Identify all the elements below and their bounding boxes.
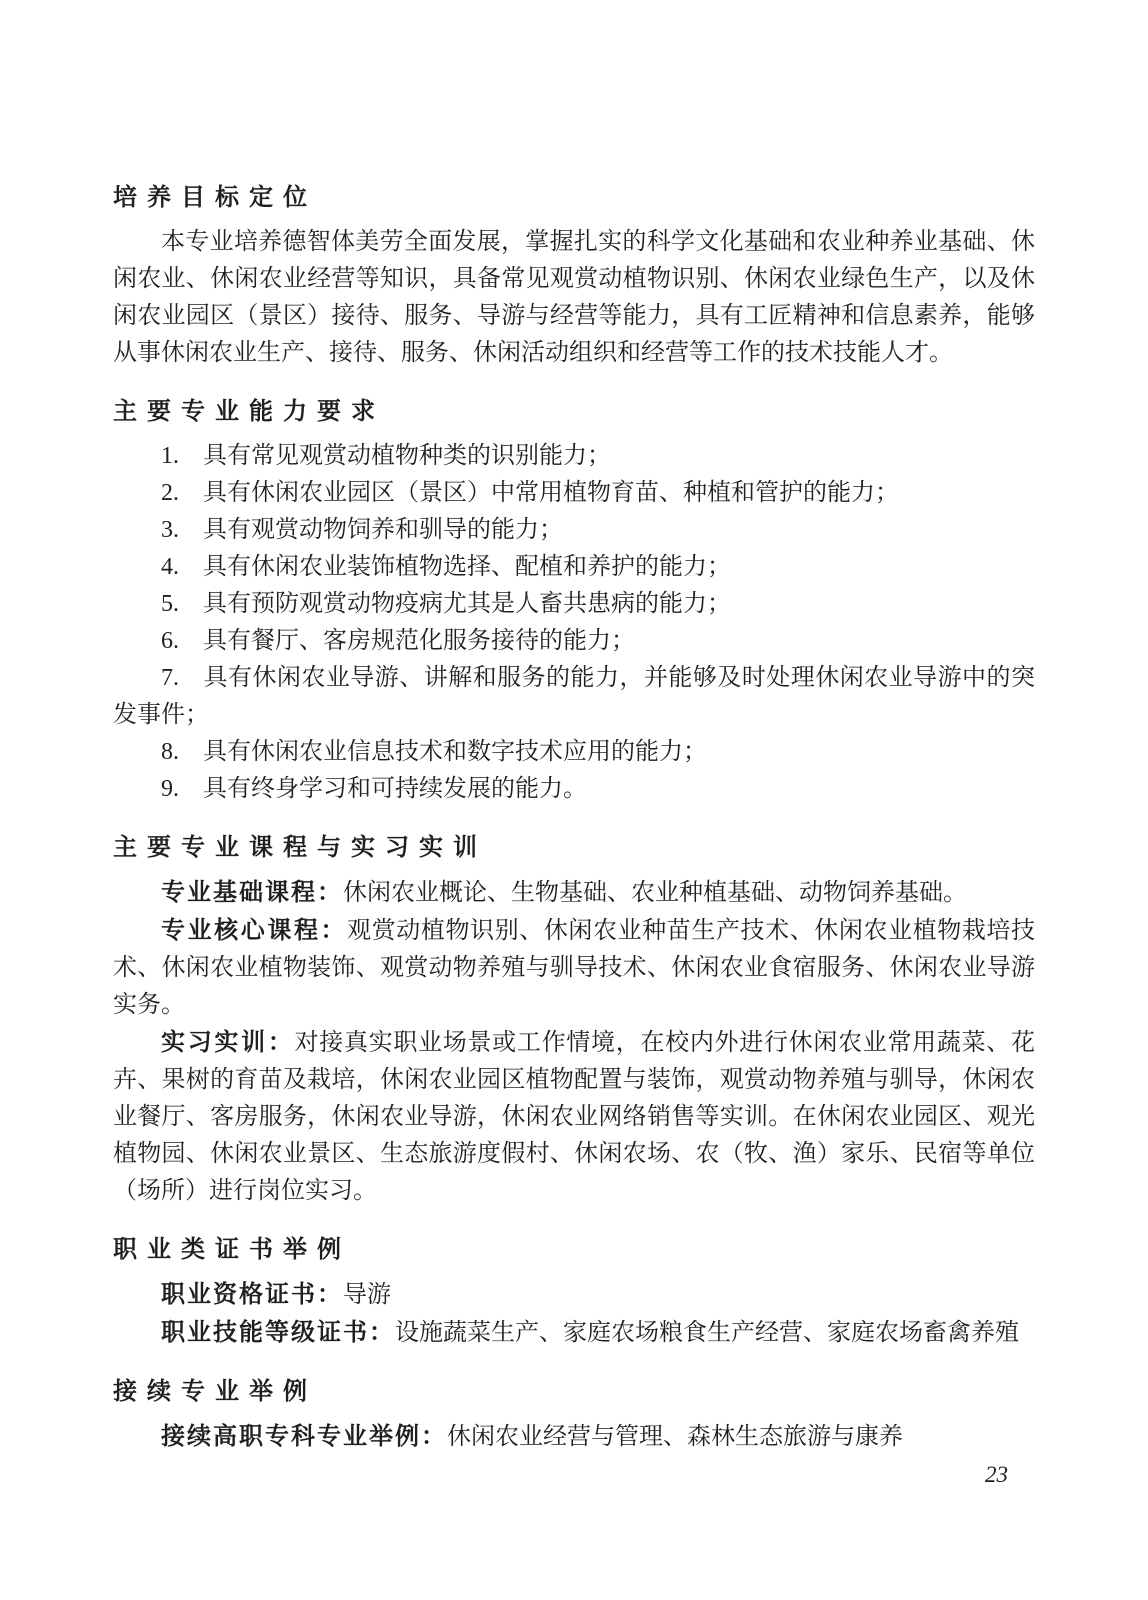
list-item-text: 具有预防观赏动物疫病尤其是人畜共患病的能力； (203, 591, 731, 617)
qualification-certificate-paragraph: 职业资格证书：导游 (113, 1276, 1035, 1314)
skill-level-certificate-paragraph: 职业技能等级证书：设施蔬菜生产、家庭农场粮食生产经营、家庭农场畜禽养殖 (113, 1314, 1035, 1352)
list-item-number: 9. (161, 776, 179, 802)
ability-list-item: 6.具有餐厅、客房规范化服务接待的能力； (113, 623, 1035, 660)
ability-list-item: 5.具有预防观赏动物疫病尤其是人畜共患病的能力； (113, 586, 1035, 623)
paragraph-label: 实习实训： (161, 1029, 295, 1056)
list-item-number: 6. (161, 628, 179, 654)
paragraph-label: 专业核心课程： (161, 917, 347, 944)
list-item-number: 2. (161, 480, 179, 506)
paragraph-label: 职业技能等级证书： (161, 1319, 395, 1346)
section-heading-further-study: 接续专业举例 (113, 1373, 1035, 1410)
section-heading-courses-training: 主要专业课程与实习实训 (113, 829, 1035, 866)
document-page: 培养目标定位 本专业培养德智体美劳全面发展，掌握扎实的科学文化基础和农业种养业基… (0, 0, 1148, 1600)
ability-list-item: 9.具有终身学习和可持续发展的能力。 (113, 771, 1035, 808)
training-goal-paragraph: 本专业培养德智体美劳全面发展，掌握扎实的科学文化基础和农业种养业基础、休闲农业、… (113, 224, 1035, 372)
paragraph-text: 休闲农业概论、生物基础、农业种植基础、动物饲养基础。 (343, 880, 967, 906)
list-item-text: 具有休闲农业信息技术和数字技术应用的能力； (203, 739, 707, 765)
list-item-text: 具有休闲农业园区（景区）中常用植物育苗、种植和管护的能力； (203, 480, 899, 506)
section-heading-certificates: 职业类证书举例 (113, 1231, 1035, 1268)
list-item-number: 1. (161, 443, 179, 469)
section-heading-training-goal: 培养目标定位 (113, 179, 1035, 216)
list-item-text: 具有餐厅、客房规范化服务接待的能力； (203, 628, 635, 654)
paragraph-text: 设施蔬菜生产、家庭农场粮食生产经营、家庭农场畜禽养殖 (395, 1320, 1019, 1346)
list-item-number: 8. (161, 739, 179, 765)
ability-list-item: 8.具有休闲农业信息技术和数字技术应用的能力； (113, 734, 1035, 771)
page-number: 23 (985, 1462, 1008, 1488)
ability-list-item: 3.具有观赏动物饲养和驯导的能力； (113, 512, 1035, 549)
core-courses-paragraph: 专业核心课程：观赏动植物识别、休闲农业种苗生产技术、休闲农业植物栽培技术、休闲农… (113, 912, 1035, 1024)
list-item-text: 具有常见观赏动植物种类的识别能力； (203, 443, 611, 469)
paragraph-label: 专业基础课程： (161, 879, 343, 906)
basic-courses-paragraph: 专业基础课程：休闲农业概论、生物基础、农业种植基础、动物饲养基础。 (113, 874, 1035, 912)
paragraph-text: 对接真实职业场景或工作情境，在校内外进行休闲农业常用蔬菜、花卉、果树的育苗及栽培… (113, 1030, 1035, 1204)
list-item-number: 3. (161, 517, 179, 543)
list-item-number: 4. (161, 554, 179, 580)
list-item-text: 具有休闲农业装饰植物选择、配植和养护的能力； (203, 554, 731, 580)
section-heading-ability-requirements: 主要专业能力要求 (113, 393, 1035, 430)
paragraph-label: 接续高职专科专业举例： (161, 1423, 447, 1450)
ability-list-item: 7.具有休闲农业导游、讲解和服务的能力，并能够及时处理休闲农业导游中的突发事件； (113, 660, 1035, 734)
list-item-text: 具有休闲农业导游、讲解和服务的能力，并能够及时处理休闲农业导游中的突发事件； (113, 665, 1035, 728)
list-item-text: 具有终身学习和可持续发展的能力。 (203, 776, 587, 802)
ability-list-item: 1.具有常见观赏动植物种类的识别能力； (113, 438, 1035, 475)
list-item-number: 7. (161, 665, 179, 691)
paragraph-text: 休闲农业经营与管理、森林生态旅游与康养 (447, 1424, 903, 1450)
paragraph-label: 职业资格证书： (161, 1281, 343, 1308)
list-item-text: 具有观赏动物饲养和驯导的能力； (203, 517, 563, 543)
ability-list-item: 2.具有休闲农业园区（景区）中常用植物育苗、种植和管护的能力； (113, 475, 1035, 512)
further-study-paragraph: 接续高职专科专业举例：休闲农业经营与管理、森林生态旅游与康养 (113, 1418, 1035, 1456)
internship-training-paragraph: 实习实训：对接真实职业场景或工作情境，在校内外进行休闲农业常用蔬菜、花卉、果树的… (113, 1024, 1035, 1210)
ability-list-item: 4.具有休闲农业装饰植物选择、配植和养护的能力； (113, 549, 1035, 586)
paragraph-text: 导游 (343, 1282, 391, 1308)
list-item-number: 5. (161, 591, 179, 617)
